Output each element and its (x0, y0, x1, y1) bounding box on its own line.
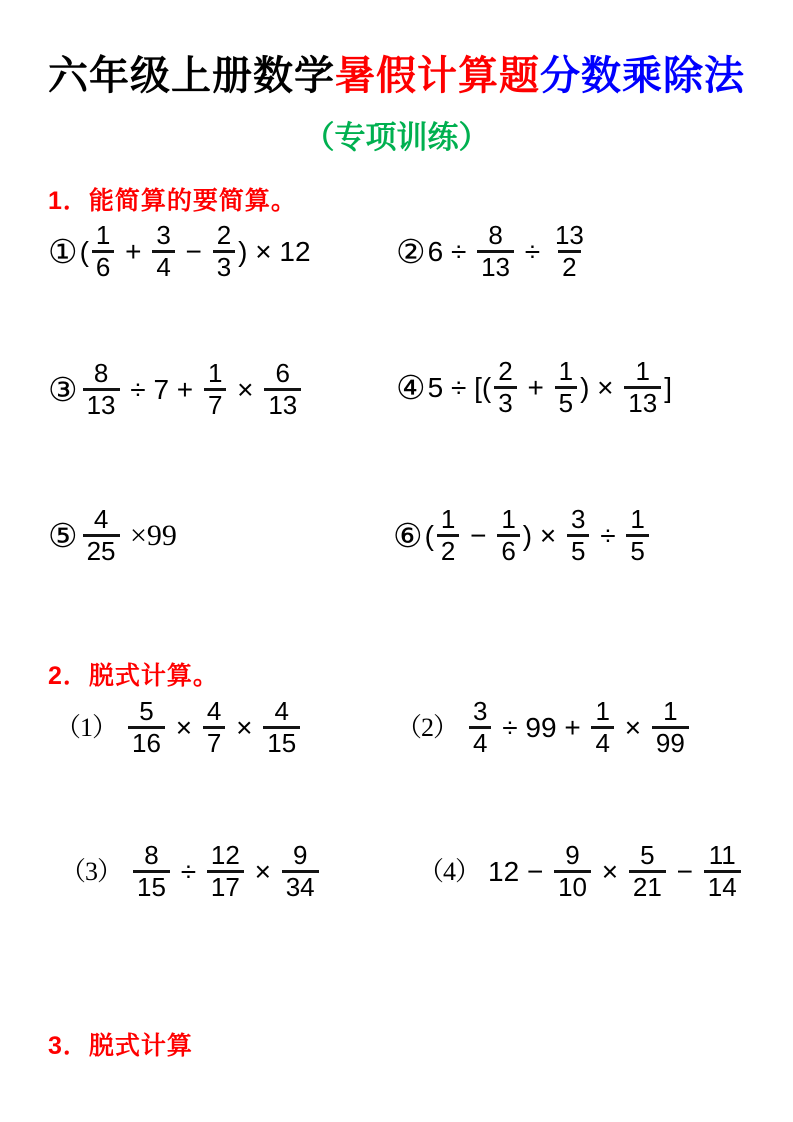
fraction: 1114 (704, 842, 741, 902)
problem-2-4: （4）12 − 910 × 521 − 1114 (418, 842, 744, 902)
fraction-denominator: 4 (591, 726, 613, 757)
fraction: 934 (282, 842, 319, 902)
problem-number: ⑤ (48, 519, 78, 552)
problem-2-2: （2）34 ÷ 99 + 14 × 199 (396, 698, 692, 758)
fraction-numerator: 2 (213, 222, 235, 250)
problem-number: （1） (55, 715, 117, 741)
math-text: ÷ (592, 520, 623, 552)
fraction-numerator: 6 (272, 360, 294, 388)
math-text: × (229, 374, 261, 406)
math-text: 6 ÷ (428, 236, 475, 268)
fraction-numerator: 11 (705, 842, 740, 870)
fraction: 613 (264, 360, 301, 420)
problem-1-5: ⑤425 ×99 (48, 506, 177, 566)
fraction-numerator: 3 (567, 506, 589, 534)
math-text: ) × 12 (238, 236, 310, 268)
math-expression: (16 + 34 − 23) × 12 (80, 222, 311, 282)
fraction-numerator: 5 (636, 842, 658, 870)
problem-1-4: ④5 ÷ [(23 + 15) × 113] (396, 358, 672, 418)
fraction-denominator: 5 (626, 534, 648, 565)
fraction-denominator: 4 (469, 726, 491, 757)
title-part-grade: 六年级上册数学 (48, 54, 335, 98)
math-text: 12 − (488, 856, 551, 888)
fraction-numerator: 1 (204, 360, 226, 388)
fraction-denominator: 7 (204, 388, 226, 419)
problem-number: ② (396, 235, 426, 268)
fraction-denominator: 6 (497, 534, 519, 565)
fraction-denominator: 34 (282, 870, 319, 901)
math-text: ×99 (123, 519, 177, 553)
title-part-subject: 分数乘除法 (540, 54, 745, 98)
fraction: 813 (83, 360, 120, 420)
fraction-denominator: 6 (92, 250, 114, 281)
fraction-numerator: 4 (203, 698, 225, 726)
section-2-heading: 2．脱式计算。 (48, 656, 219, 692)
fraction-numerator: 8 (484, 222, 506, 250)
fraction: 15 (555, 358, 577, 418)
fraction: 113 (624, 358, 661, 418)
fraction-numerator: 8 (90, 360, 112, 388)
fraction-denominator: 21 (629, 870, 666, 901)
fraction-numerator: 9 (561, 842, 583, 870)
fraction: 910 (554, 842, 591, 902)
fraction-denominator: 5 (555, 386, 577, 417)
fraction: 17 (204, 360, 226, 420)
fraction: 35 (567, 506, 589, 566)
fraction-denominator: 14 (704, 870, 741, 901)
problem-number: （3） (60, 859, 122, 885)
math-expression: 5 ÷ [(23 + 15) × 113] (428, 358, 672, 418)
fraction: 415 (263, 698, 300, 758)
fraction-denominator: 3 (213, 250, 235, 281)
math-expression: 815 ÷ 1217 × 934 (130, 842, 322, 902)
fraction-denominator: 3 (494, 386, 516, 417)
title-part-topic: 暑假计算题 (335, 54, 540, 98)
fraction-denominator: 15 (263, 726, 300, 757)
problem-1-3: ③813 ÷ 7 + 17 × 613 (48, 360, 304, 420)
problem-1-2: ②6 ÷ 813 ÷ 132 (396, 222, 591, 282)
problem-2-3: （3）815 ÷ 1217 × 934 (60, 842, 322, 902)
math-text: 5 ÷ [( (428, 372, 492, 404)
section-1-heading: 1．能简算的要简算。 (48, 181, 297, 217)
fraction: 16 (92, 222, 114, 282)
math-text: ( (80, 236, 89, 268)
section-3-heading: 3．脱式计算 (48, 1026, 193, 1062)
fraction-denominator: 17 (207, 870, 244, 901)
math-text: × (594, 856, 626, 888)
problem-number: （4） (418, 859, 480, 885)
math-text: × (617, 712, 649, 744)
math-text: ÷ (173, 856, 204, 888)
math-expression: 425 ×99 (80, 506, 177, 566)
fraction-numerator: 9 (289, 842, 311, 870)
math-text: ( (425, 520, 434, 552)
fraction-numerator: 1 (591, 698, 613, 726)
fraction: 425 (83, 506, 120, 566)
fraction-denominator: 2 (558, 250, 580, 281)
fraction: 815 (133, 842, 170, 902)
math-text: − (669, 856, 701, 888)
fraction: 23 (213, 222, 235, 282)
math-text: ÷ (517, 236, 548, 268)
page-title: 六年级上册数学暑假计算题分数乘除法 (0, 44, 793, 101)
fraction-numerator: 1 (92, 222, 114, 250)
math-expression: 34 ÷ 99 + 14 × 199 (466, 698, 692, 758)
fraction-denominator: 13 (264, 388, 301, 419)
math-text: + (520, 372, 552, 404)
fraction: 23 (494, 358, 516, 418)
problem-1-1: ①(16 + 34 − 23) × 12 (48, 222, 311, 282)
math-expression: 6 ÷ 813 ÷ 132 (428, 222, 591, 282)
fraction-denominator: 15 (133, 870, 170, 901)
math-text: × (228, 712, 260, 744)
fraction: 15 (626, 506, 648, 566)
fraction-numerator: 13 (551, 222, 588, 250)
fraction-numerator: 5 (135, 698, 157, 726)
math-expression: 12 − 910 × 521 − 1114 (488, 842, 744, 902)
fraction-numerator: 1 (437, 506, 459, 534)
problem-2-1: （1）516 × 47 × 415 (55, 698, 303, 758)
fraction: 16 (497, 506, 519, 566)
fraction: 34 (469, 698, 491, 758)
problem-number: ③ (48, 373, 78, 406)
problem-number: ⑥ (393, 519, 423, 552)
fraction: 199 (652, 698, 689, 758)
math-text: − (178, 236, 210, 268)
math-text: + (117, 236, 149, 268)
fraction: 14 (591, 698, 613, 758)
problem-number: （2） (396, 715, 458, 741)
fraction: 521 (629, 842, 666, 902)
fraction-denominator: 5 (567, 534, 589, 565)
fraction-numerator: 1 (497, 506, 519, 534)
fraction-denominator: 25 (83, 534, 120, 565)
worksheet-page: 六年级上册数学暑假计算题分数乘除法 （专项训练） 1．能简算的要简算。 2．脱式… (0, 0, 793, 1122)
fraction-numerator: 8 (140, 842, 162, 870)
fraction-denominator: 13 (624, 386, 661, 417)
math-text: × (247, 856, 279, 888)
fraction-denominator: 10 (554, 870, 591, 901)
fraction-denominator: 99 (652, 726, 689, 757)
math-expression: 813 ÷ 7 + 17 × 613 (80, 360, 305, 420)
fraction: 34 (152, 222, 174, 282)
problem-number: ① (48, 235, 78, 268)
fraction-numerator: 1 (659, 698, 681, 726)
fraction: 47 (203, 698, 225, 758)
fraction-numerator: 4 (90, 506, 112, 534)
fraction-numerator: 4 (270, 698, 292, 726)
math-text: ] (664, 372, 672, 404)
fraction: 516 (128, 698, 165, 758)
fraction: 132 (551, 222, 588, 282)
math-text: ÷ 99 + (494, 712, 588, 744)
math-expression: (12 − 16) × 35 ÷ 15 (425, 506, 652, 566)
problem-1-6: ⑥(12 − 16) × 35 ÷ 15 (393, 506, 652, 566)
fraction-denominator: 4 (152, 250, 174, 281)
math-text: ) × (580, 372, 621, 404)
fraction-denominator: 13 (477, 250, 514, 281)
fraction-numerator: 3 (469, 698, 491, 726)
fraction-denominator: 13 (83, 388, 120, 419)
fraction-denominator: 7 (203, 726, 225, 757)
fraction: 813 (477, 222, 514, 282)
fraction-numerator: 3 (152, 222, 174, 250)
fraction-denominator: 2 (437, 534, 459, 565)
problem-number: ④ (396, 371, 426, 404)
math-text: ) × (523, 520, 564, 552)
fraction-numerator: 1 (626, 506, 648, 534)
fraction-numerator: 1 (555, 358, 577, 386)
fraction-numerator: 12 (207, 842, 244, 870)
fraction-denominator: 16 (128, 726, 165, 757)
fraction: 1217 (207, 842, 244, 902)
math-text: − (462, 520, 494, 552)
page-subtitle: （专项训练） (0, 112, 793, 157)
math-text: ÷ 7 + (123, 374, 201, 406)
math-text: × (168, 712, 200, 744)
fraction: 12 (437, 506, 459, 566)
fraction-numerator: 2 (494, 358, 516, 386)
fraction-numerator: 1 (632, 358, 654, 386)
math-expression: 516 × 47 × 415 (125, 698, 303, 758)
